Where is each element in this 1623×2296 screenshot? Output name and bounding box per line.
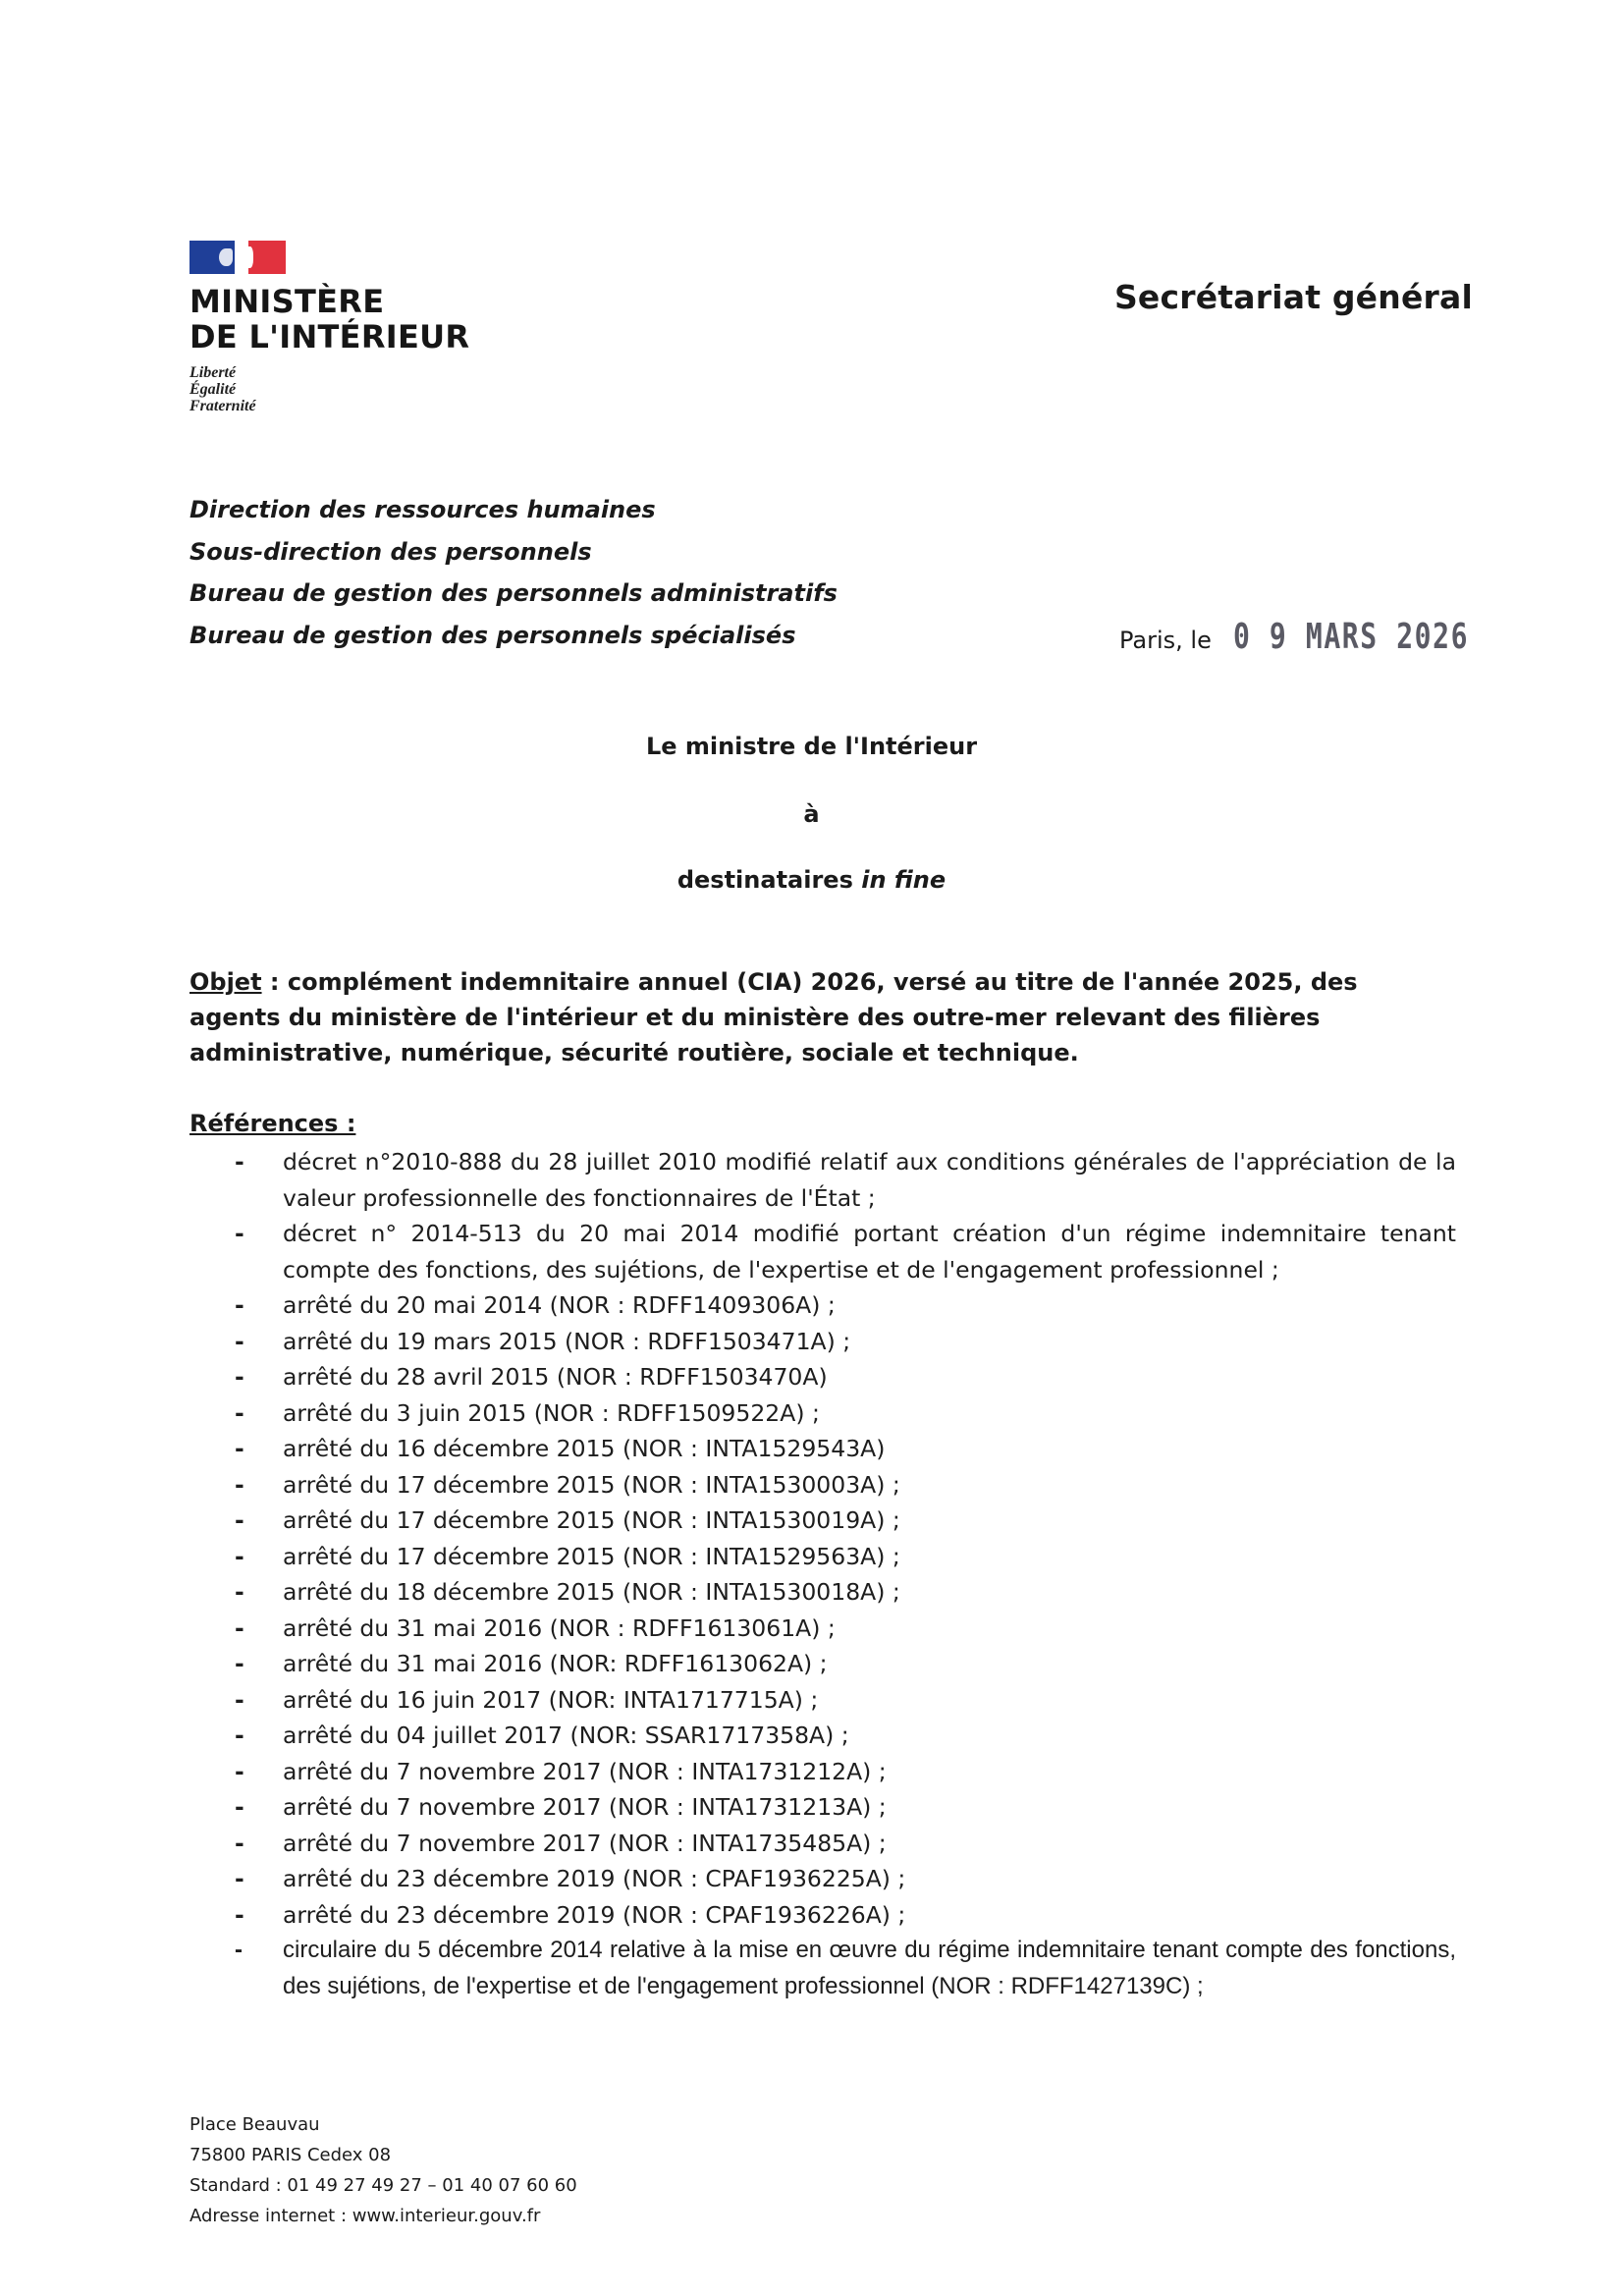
reference-item: -arrêté du 04 juillet 2017 (NOR: SSAR171… <box>189 1718 1456 1754</box>
dateline: Paris, le 0 9 MARS 2026 <box>1119 617 1536 657</box>
reference-item: -arrêté du 19 mars 2015 (NOR : RDFF15034… <box>189 1324 1456 1360</box>
sender-line: Le ministre de l'Intérieur <box>0 733 1623 760</box>
flag-blue-part <box>189 241 235 274</box>
list-dash: - <box>235 1144 244 1180</box>
list-dash: - <box>235 1467 244 1503</box>
reference-item: -arrêté du 7 novembre 2017 (NOR : INTA17… <box>189 1826 1456 1862</box>
list-dash: - <box>235 1611 244 1647</box>
ministry-name-line2: DE L'INTÉRIEUR <box>189 319 504 355</box>
footer-address-line1: Place Beauvau <box>189 2109 577 2140</box>
footer-phone: Standard : 01 49 27 49 27 – 01 40 07 60 … <box>189 2170 577 2201</box>
list-dash: - <box>235 1933 243 1969</box>
list-dash: - <box>235 1682 244 1719</box>
reference-item: -arrêté du 31 mai 2016 (NOR : RDFF161306… <box>189 1611 1456 1647</box>
footer-contact: Place Beauvau 75800 PARIS Cedex 08 Stand… <box>189 2109 577 2231</box>
list-dash: - <box>235 1861 244 1897</box>
recipients-infine: in fine <box>861 866 946 894</box>
ministry-logo: MINISTÈRE DE L'INTÉRIEUR Liberté Égalité… <box>189 241 504 414</box>
list-dash: - <box>235 1431 244 1467</box>
department-title: Secrétariat général <box>1114 278 1473 316</box>
reference-item: -arrêté du 17 décembre 2015 (NOR : INTA1… <box>189 1539 1456 1575</box>
reference-item: -arrêté du 28 avril 2015 (NOR : RDFF1503… <box>189 1359 1456 1395</box>
reference-item: -arrêté du 20 mai 2014 (NOR : RDFF140930… <box>189 1287 1456 1324</box>
to-word: à <box>0 800 1623 828</box>
reference-item: -arrêté du 7 novembre 2017 (NOR : INTA17… <box>189 1789 1456 1826</box>
list-dash: - <box>235 1395 244 1432</box>
flag-red-part <box>248 241 286 274</box>
service-line: Sous-direction des personnels <box>189 531 838 574</box>
footer-address-line2: 75800 PARIS Cedex 08 <box>189 2140 577 2170</box>
ministry-name: MINISTÈRE DE L'INTÉRIEUR <box>189 284 504 355</box>
list-dash: - <box>235 1646 244 1682</box>
dateline-place: Paris, le <box>1119 627 1212 654</box>
reference-item: -arrêté du 16 décembre 2015 (NOR : INTA1… <box>189 1431 1456 1467</box>
list-dash: - <box>235 1826 244 1862</box>
service-line: Bureau de gestion des personnels adminis… <box>189 573 838 615</box>
list-dash: - <box>235 1324 244 1360</box>
recipients-line: destinataires in fine <box>0 866 1623 894</box>
reference-item: -arrêté du 17 décembre 2015 (NOR : INTA1… <box>189 1467 1456 1503</box>
ministry-name-line1: MINISTÈRE <box>189 284 504 319</box>
list-dash: - <box>235 1503 244 1539</box>
reference-item: -arrêté du 23 décembre 2019 (NOR : CPAF1… <box>189 1897 1456 1934</box>
subject-text: complément indemnitaire annuel (CIA) 202… <box>189 968 1358 1066</box>
reference-item: -décret n°2010-888 du 28 juillet 2010 mo… <box>189 1144 1456 1216</box>
list-dash: - <box>235 1539 244 1575</box>
republic-motto: Liberté Égalité Fraternité <box>189 364 504 414</box>
reference-item: -arrêté du 31 mai 2016 (NOR: RDFF1613062… <box>189 1646 1456 1682</box>
list-dash: - <box>235 1287 244 1324</box>
footer-website: Adresse internet : www.interieur.gouv.fr <box>189 2201 577 2231</box>
issuing-services: Direction des ressources humaines Sous-d… <box>189 489 838 656</box>
reference-item: -arrêté du 7 novembre 2017 (NOR : INTA17… <box>189 1754 1456 1790</box>
service-line: Bureau de gestion des personnels spécial… <box>189 615 838 657</box>
date-stamp: 0 9 MARS 2026 <box>1233 617 1469 657</box>
list-dash: - <box>235 1574 244 1611</box>
marianne-flag-icon <box>189 241 504 276</box>
reference-item-circulaire: -circulaire du 5 décembre 2014 relative … <box>189 1933 1456 2004</box>
service-line: Direction des ressources humaines <box>189 489 838 531</box>
list-dash: - <box>235 1718 244 1754</box>
motto-egalite: Égalité <box>189 381 504 398</box>
subject-paragraph: Objet : complément indemnitaire annuel (… <box>189 964 1446 1070</box>
references-title: Références : <box>189 1110 355 1137</box>
subject-separator: : <box>262 968 288 996</box>
subject-label: Objet <box>189 968 262 996</box>
list-dash: - <box>235 1897 244 1934</box>
list-dash: - <box>235 1359 244 1395</box>
recipients-label: destinataires <box>677 866 853 894</box>
motto-fraternite: Fraternité <box>189 398 504 414</box>
motto-liberte: Liberté <box>189 364 504 381</box>
reference-item: -arrêté du 16 juin 2017 (NOR: INTA171771… <box>189 1682 1456 1719</box>
list-dash: - <box>235 1789 244 1826</box>
reference-item: -arrêté du 23 décembre 2019 (NOR : CPAF1… <box>189 1861 1456 1897</box>
references-list: -décret n°2010-888 du 28 juillet 2010 mo… <box>189 1144 1456 2004</box>
reference-item: -décret n° 2014-513 du 20 mai 2014 modif… <box>189 1216 1456 1287</box>
list-dash: - <box>235 1216 244 1252</box>
reference-item: -arrêté du 18 décembre 2015 (NOR : INTA1… <box>189 1574 1456 1611</box>
reference-item: -arrêté du 17 décembre 2015 (NOR : INTA1… <box>189 1503 1456 1539</box>
list-dash: - <box>235 1754 244 1790</box>
reference-item: -arrêté du 3 juin 2015 (NOR : RDFF150952… <box>189 1395 1456 1432</box>
